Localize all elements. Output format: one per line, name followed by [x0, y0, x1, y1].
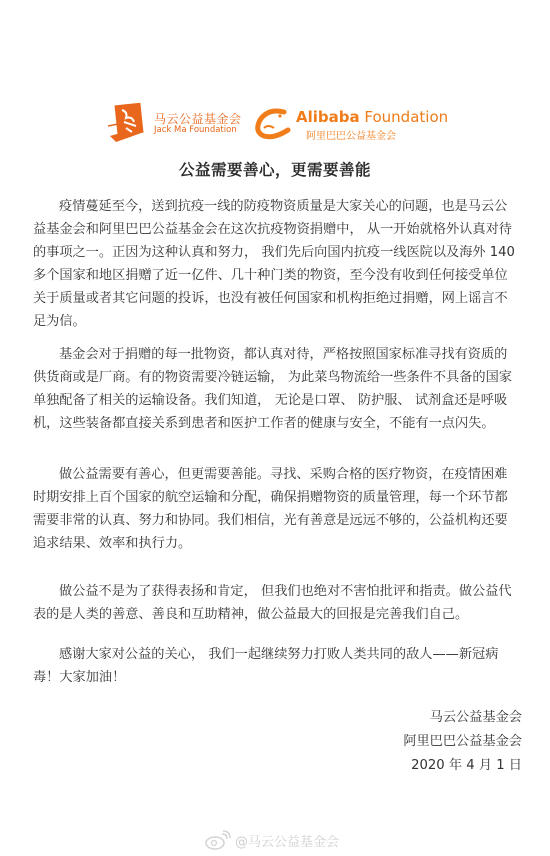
paragraph-3: 做公益需要有善心，但更需要善能。寻找、采购合格的医疗物资，在疫情困难 时期安排上…	[33, 463, 523, 555]
foundation-wordmark: Foundation	[360, 108, 449, 126]
jack-ma-foundation-logo: 马云公益基金会 Jack Ma Foundation	[108, 100, 248, 146]
paragraph-line: 追求结果、效率和执行力。	[33, 532, 523, 555]
paragraph-line: 做公益需要有善心，但更需要善能。寻找、采购合格的医疗物资，在疫情困难	[33, 463, 523, 486]
alibaba-wordmark: Alibaba	[296, 108, 360, 126]
alibaba-smile-icon	[254, 106, 298, 142]
paragraph-line: 疫情蔓延至今，送到抗疫一线的防疫物资质量是大家关心的问题，也是马云公	[33, 195, 523, 218]
logo-header: 马云公益基金会 Jack Ma Foundation Alibaba Found…	[0, 100, 550, 146]
paragraph-line: 基金会对于捐赠的每一批物资，都认真对待，严格按照国家标准寻找有资质的	[33, 343, 523, 366]
jack-ma-emblem-icon	[108, 102, 148, 144]
signature-date: 2020 年 4 月 1 日	[403, 754, 522, 778]
document-title: 公益需要善心，更需要善能	[0, 158, 550, 180]
paragraph-2: 基金会对于捐赠的每一批物资，都认真对待，严格按照国家标准寻找有资质的 供货商或是…	[33, 343, 523, 435]
paragraph-line: 时期安排上百个国家的航空运输和分配，确保捐赠物资的质量管理，每一个环节都	[33, 486, 523, 509]
paragraph-line: 做公益不是为了获得表扬和肯定， 但我们也绝对不害怕批评和指责。做公益代	[33, 580, 523, 603]
paragraph-line: 机，这些装备都直接关系到患者和医护工作者的健康与安全，不能有一点闪失。	[33, 412, 523, 435]
signature-block: 马云公益基金会 阿里巴巴公益基金会 2020 年 4 月 1 日	[403, 706, 522, 778]
paragraph-4: 做公益不是为了获得表扬和肯定， 但我们也绝对不害怕批评和指责。做公益代 表的是人…	[33, 580, 523, 626]
weibo-watermark: @马云公益基金会	[205, 830, 339, 850]
paragraph-line: 毒！大家加油！	[33, 666, 523, 689]
watermark-text: @马云公益基金会	[235, 831, 339, 850]
paragraph-5: 感谢大家对公益的关心， 我们一起继续努力打败人类共同的敌人——新冠病 毒！大家加…	[33, 643, 523, 689]
paragraph-line: 单独配备了相关的运输设备。我们知道， 无论是口罩、 防护服、 试剂盒还是呼吸	[33, 389, 523, 412]
paragraph-line: 益基金会和阿里巴巴公益基金会在这次抗疫物资捐赠中， 从一开始就格外认真对待	[33, 218, 523, 241]
alibaba-foundation-en: Alibaba Foundation	[296, 108, 448, 126]
paragraph-line: 足为信。	[33, 310, 523, 333]
paragraph-line: 供货商或是厂商。有的物资需要冷链运输， 为此菜鸟物流给一些条件不具备的国家	[33, 366, 523, 389]
paragraph-line: 感谢大家对公益的关心， 我们一起继续努力打败人类共同的敌人——新冠病	[33, 643, 523, 666]
paragraph-1: 疫情蔓延至今，送到抗疫一线的防疫物资质量是大家关心的问题，也是马云公 益基金会和…	[33, 195, 523, 333]
signature-org-jack-ma: 马云公益基金会	[403, 706, 522, 730]
paragraph-line: 关于质量或者其它问题的投诉，也没有被任何国家和机构拒绝过捐赠，网上谣言不	[33, 287, 523, 310]
paragraph-line: 的事项之一。正因为这种认真和努力， 我们先后向国内抗疫一线医院以及海外 140	[33, 241, 523, 264]
paragraph-line: 需要非常的认真、努力和协同。我们相信，光有善意是远远不够的，公益机构还要	[33, 509, 523, 532]
signature-org-alibaba: 阿里巴巴公益基金会	[403, 730, 522, 754]
alibaba-foundation-logo: Alibaba Foundation 阿里巴巴公益基金会	[254, 100, 454, 146]
jack-ma-foundation-en: Jack Ma Foundation	[154, 125, 237, 135]
alibaba-foundation-cn: 阿里巴巴公益基金会	[306, 127, 396, 142]
paragraph-line: 多个国家和地区捐赠了近一亿件、几十种门类的物资，至今没有收到任何接受单位	[33, 264, 523, 287]
weibo-icon	[205, 830, 231, 850]
paragraph-line: 表的是人类的善意、善良和互助精神，做公益最大的回报是完善我们自己。	[33, 603, 523, 626]
